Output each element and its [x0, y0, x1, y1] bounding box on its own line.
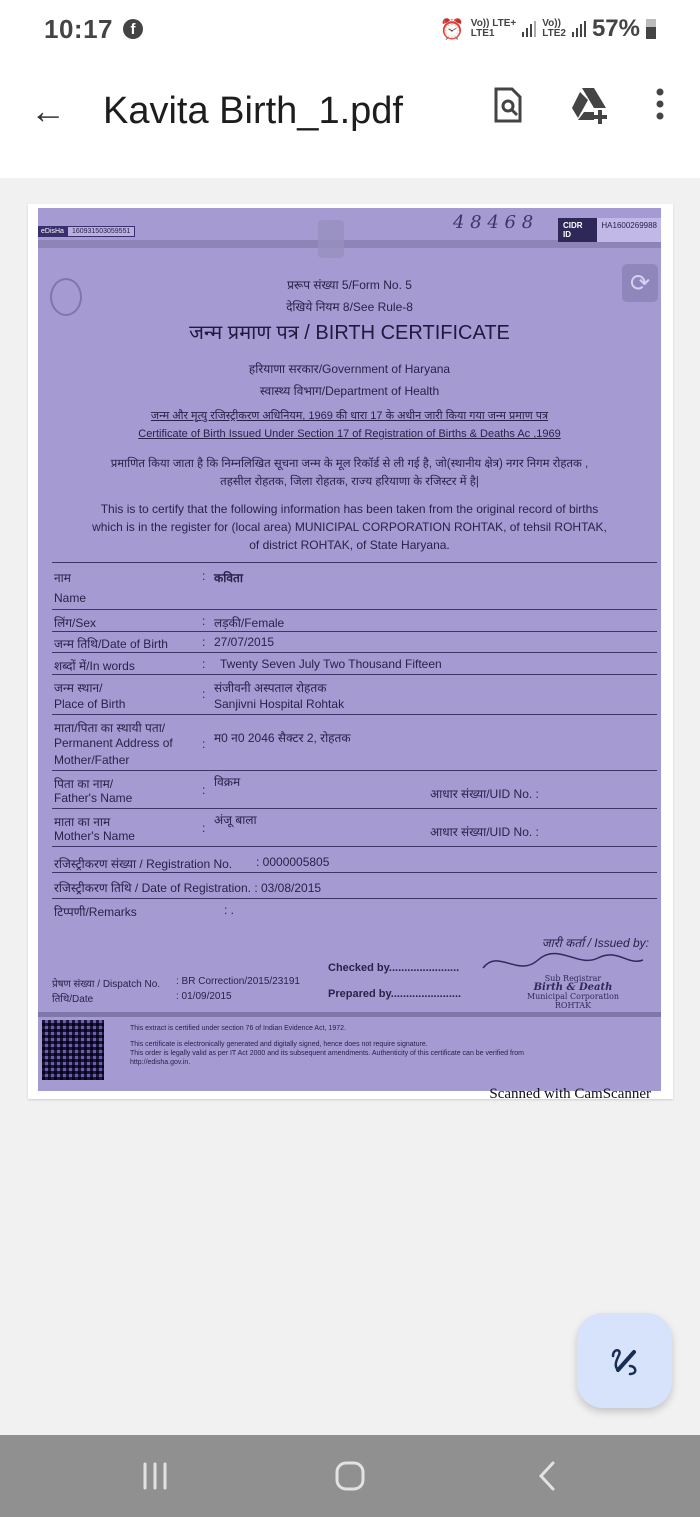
- pdf-page: eDisHa160931503059551 4 8 4 6 8 CIDR IDH…: [28, 204, 673, 1099]
- certify-english-1: This is to certify that the following in…: [38, 502, 661, 516]
- field-mother-name: माता का नाम Mother's Name : अंजू बाला आध…: [52, 809, 657, 847]
- footer-note-2: This certificate is electronically gener…: [130, 1040, 428, 1049]
- certify-hindi-1: प्रमाणित किया जाता है कि निम्नलिखित सूचन…: [38, 456, 661, 471]
- camscanner-watermark: Scanned with CamScanner: [489, 1086, 651, 1103]
- qr-code: [42, 1020, 104, 1080]
- prepared-by: Prepared by.......................: [328, 988, 461, 1000]
- app-bar: ← Kavita Birth_1.pdf: [0, 58, 700, 178]
- status-bar: 10:17 f ⏰ Vo)) LTE+ LTE1 Vo)) LTE2 57%: [0, 0, 700, 58]
- facebook-icon: f: [123, 19, 143, 39]
- pdf-viewer[interactable]: eDisHa160931503059551 4 8 4 6 8 CIDR IDH…: [0, 178, 700, 1435]
- navigation-bar: [0, 1435, 700, 1517]
- recents-icon[interactable]: [110, 1435, 200, 1517]
- sim1-indicator: Vo)) LTE+ LTE1: [471, 19, 516, 39]
- handwritten-number: 4 8 4 6 8: [453, 212, 533, 233]
- field-permanent-address: माता/पिता का स्थायी पता/ Permanent Addre…: [52, 715, 657, 771]
- footer-note-1: This extract is certified under section …: [130, 1024, 346, 1033]
- back-icon[interactable]: [502, 1435, 592, 1517]
- edisha-id: eDisHa160931503059551: [38, 226, 135, 237]
- home-icon[interactable]: [305, 1435, 395, 1517]
- battery-icon: [646, 19, 656, 39]
- form-no: प्ररूप संख्या 5/Form No. 5: [38, 276, 661, 293]
- document-title: Kavita Birth_1.pdf: [103, 90, 403, 133]
- act-hindi: जन्म और मृत्यु रजिस्ट्रीकरण अधिनियम, 196…: [38, 408, 661, 423]
- field-place-of-birth: जन्म स्थान/ Place of Birth : संजीवनी अस्…: [52, 675, 657, 715]
- birth-certificate-image: eDisHa160931503059551 4 8 4 6 8 CIDR IDH…: [38, 208, 661, 1091]
- field-name: नाम Name : कविता: [52, 562, 657, 610]
- field-registration-no: रजिस्ट्रीकरण संख्या / Registration No. :…: [52, 847, 657, 873]
- sim2-indicator: Vo)) LTE2: [542, 19, 566, 39]
- rule: देखिये नियम 8/See Rule-8: [38, 298, 661, 315]
- footer-note-3: This order is legally valid as per IT Ac…: [130, 1049, 640, 1058]
- act-english: Certificate of Birth Issued Under Sectio…: [38, 428, 661, 440]
- alarm-icon: ⏰: [440, 17, 465, 42]
- footer-note-4: http://edisha.gov.in.: [130, 1058, 190, 1067]
- cidr-id: CIDR IDHA1600269988: [558, 218, 661, 242]
- registrar-stamp: Sub Registrar Birth & Death Municipal Co…: [493, 974, 653, 1010]
- field-father-name: पिता का नाम/ Father's Name : विक्रम आधार…: [52, 771, 657, 809]
- signal-sim1-icon: [522, 21, 536, 37]
- date-label: तिथि/Date: [52, 991, 93, 1005]
- checked-by: Checked by.......................: [328, 962, 459, 974]
- field-sex: लिंग/Sex : लड़की/Female: [52, 610, 657, 632]
- department: स्वास्थ्य विभाग/Department of Health: [38, 382, 661, 399]
- drive-add-icon[interactable]: [570, 86, 612, 131]
- field-remarks: टिप्पणी/Remarks : .: [52, 899, 657, 923]
- annotate-button[interactable]: [577, 1313, 672, 1408]
- battery-percent: 57%: [592, 15, 640, 43]
- dispatch-value: : BR Correction/2015/23191: [176, 976, 300, 987]
- national-emblem-icon: [318, 220, 344, 258]
- certificate-title: जन्म प्रमाण पत्र / BIRTH CERTIFICATE: [38, 318, 661, 345]
- arrow-back-icon[interactable]: ←: [30, 90, 66, 132]
- edit-annotate-icon: [608, 1344, 642, 1378]
- signal-sim2-icon: [572, 21, 586, 37]
- field-registration-date: रजिस्ट्रीकरण तिथि / Date of Registration…: [52, 873, 657, 899]
- search-document-icon[interactable]: [493, 86, 523, 129]
- clock: 10:17: [44, 14, 113, 45]
- field-in-words: शब्दों में/In words : Twenty Seven July …: [52, 653, 657, 675]
- certify-hindi-2: तहसील रोहतक, जिला रोहतक, राज्य हरियाणा क…: [38, 474, 661, 489]
- field-dob: जन्म तिथि/Date of Birth : 27/07/2015: [52, 632, 657, 653]
- certify-english-2: which is in the register for (local area…: [38, 520, 661, 534]
- date-value: : 01/09/2015: [176, 991, 232, 1002]
- more-vert-icon[interactable]: [655, 86, 665, 127]
- certify-english-3: of district ROHTAK, of State Haryana.: [38, 538, 661, 552]
- dispatch-label: प्रेषण संख्या / Dispatch No.: [52, 976, 160, 990]
- government: हरियाणा सरकार/Government of Haryana: [38, 360, 661, 377]
